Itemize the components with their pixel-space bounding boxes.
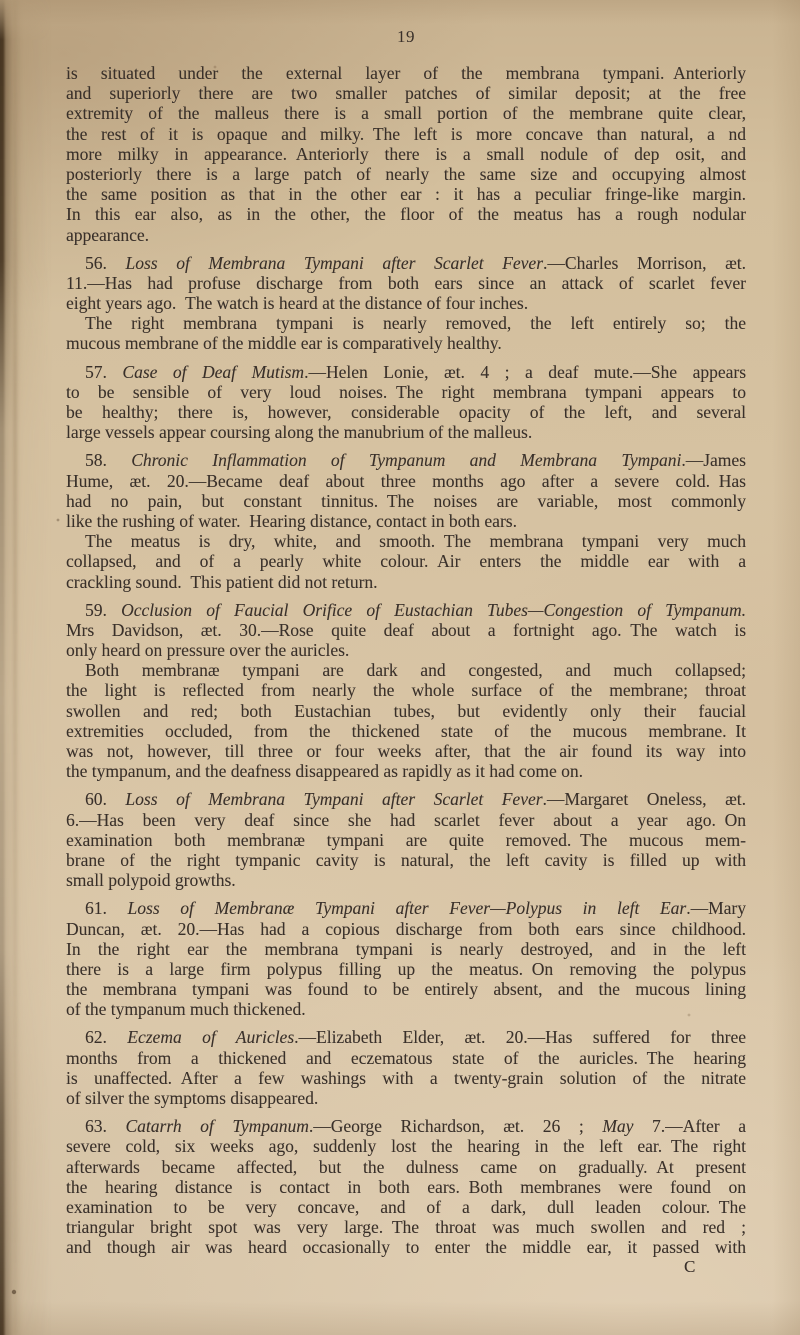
- paragraph-case-56-p1: 56. Loss of Membrana Tympani after Scarl…: [66, 253, 746, 314]
- text-segment: mucous membrane of the middle ear is com…: [66, 333, 502, 353]
- text-line: and superiorly there are two smaller pat…: [66, 83, 746, 103]
- page-edge-shadow: [0, 0, 52, 1335]
- text-line: extremities occluded, from the thickened…: [66, 721, 746, 741]
- text-segment: Both membranæ tympani are dark and conge…: [85, 660, 746, 680]
- text-segment: 11.—Has had profuse discharge from both …: [66, 273, 746, 293]
- text-line: 57. Case of Deaf Mutism.—Helen Lonie, æt…: [66, 362, 746, 382]
- text-line: the membrana tympani was found to be ent…: [66, 979, 746, 999]
- text-segment: the same position as that in the other e…: [66, 184, 746, 204]
- text-line: triangular bright spot was very large. T…: [66, 1217, 746, 1237]
- text-segment: .—Charles Morrison, æt.: [543, 253, 746, 273]
- text-segment: like the rushing of water. Hearing dista…: [66, 511, 517, 531]
- text-segment: 61.: [85, 898, 128, 918]
- text-line: In the right ear the membrana tympani is…: [66, 939, 746, 959]
- text-segment: collapsed, and of a pearly white colour.…: [66, 551, 746, 571]
- text-line: extremity of the malleus there is a smal…: [66, 103, 746, 123]
- text-segment: extremity of the malleus there is a smal…: [66, 103, 746, 123]
- text-segment: the hearing distance is contact in both …: [66, 1177, 746, 1197]
- page-number: 19: [66, 27, 746, 47]
- text-line: posteriorly there is a large patch of ne…: [66, 164, 746, 184]
- italic-text-segment: Case of Deaf Mutism: [122, 362, 304, 382]
- paragraph-case-62: 62. Eczema of Auricles.—Elizabeth Elder,…: [66, 1027, 746, 1108]
- text-line: months from a thickened and eczematous s…: [66, 1048, 746, 1068]
- text-segment: Hume, æt. 20.—Became deaf about three mo…: [66, 471, 746, 491]
- paragraph-case-61: 61. Loss of Membranæ Tympani after Fever…: [66, 898, 746, 1019]
- text-segment: 7.—After a: [633, 1116, 746, 1136]
- paragraph-case-56-p2: The right membrana tympani is nearly rem…: [66, 313, 746, 353]
- text-line: large vessels appear coursing along the …: [66, 422, 746, 442]
- text-segment: and superiorly there are two smaller pat…: [66, 83, 746, 103]
- paragraph-case-57: 57. Case of Deaf Mutism.—Helen Lonie, æt…: [66, 362, 746, 443]
- text-line: the tympanum, and the deafness disappear…: [66, 761, 746, 781]
- text-segment: .—Mary: [686, 898, 746, 918]
- text-segment: 59.: [85, 600, 121, 620]
- text-segment: is situated under the external layer of …: [66, 63, 746, 83]
- text-segment: had no pain, but constant tinnitus. The …: [66, 491, 746, 511]
- text-segment: to be sensible of very loud noises. The …: [66, 382, 746, 402]
- italic-text-segment: Loss of Membrana Tympani after Scarlet F…: [125, 253, 543, 273]
- text-line: like the rushing of water. Hearing dista…: [66, 511, 746, 531]
- text-line: to be sensible of very loud noises. The …: [66, 382, 746, 402]
- text-segment: only heard on pressure over the auricles…: [66, 640, 349, 660]
- text-line: 11.—Has had profuse discharge from both …: [66, 273, 746, 293]
- text-segment: In the right ear the membrana tympani is…: [66, 939, 746, 959]
- text-line: collapsed, and of a pearly white colour.…: [66, 551, 746, 571]
- text-segment: Duncan, æt. 20.—Has had a copious discha…: [66, 919, 746, 939]
- text-segment: .—George Richardson, æt. 26 ;: [309, 1116, 602, 1136]
- text-line: and though air was heard occasionally to…: [66, 1237, 746, 1257]
- text-line: be healthy; there is, however, considera…: [66, 402, 746, 422]
- text-line: swollen and red; both Eustachian tubes, …: [66, 701, 746, 721]
- text-segment: 57.: [85, 362, 122, 382]
- text-line: the same position as that in the other e…: [66, 184, 746, 204]
- text-segment: Mrs Davidson, æt. 30.—Rose quite deaf ab…: [66, 620, 746, 640]
- text-line: had no pain, but constant tinnitus. The …: [66, 491, 746, 511]
- text-segment: small polypoid growths.: [66, 870, 236, 890]
- text-line: is situated under the external layer of …: [66, 63, 746, 83]
- text-segment: posteriorly there is a large patch of ne…: [66, 164, 746, 184]
- text-line: 56. Loss of Membrana Tympani after Scarl…: [66, 253, 746, 273]
- text-line: Both membranæ tympani are dark and conge…: [66, 660, 746, 680]
- text-line: examination both membranæ tympani are qu…: [66, 830, 746, 850]
- text-line: afterwards became affected, but the duln…: [66, 1157, 746, 1177]
- paragraph-case-60: 60. Loss of Membrana Tympani after Scarl…: [66, 789, 746, 890]
- italic-text-segment: Chronic Inflammation of Tympanum and Mem…: [131, 450, 681, 470]
- text-line: of the tympanum much thickened.: [66, 999, 746, 1019]
- text-line: 59. Occlusion of Faucial Orifice of Eust…: [66, 600, 746, 620]
- text-segment: extremities occluded, from the thickened…: [66, 721, 746, 741]
- text-segment: .—Helen Lonie, æt. 4 ; a deaf mute.—She …: [304, 362, 746, 382]
- text-line: more milky in appearance. Anteriorly the…: [66, 144, 746, 164]
- text-line: 61. Loss of Membranæ Tympani after Fever…: [66, 898, 746, 918]
- text-segment: the rest of it is opaque and milky. The …: [66, 124, 746, 144]
- book-page: 19 is situated under the external layer …: [0, 0, 800, 1335]
- italic-text-segment: May: [602, 1116, 633, 1136]
- text-segment: severe cold, six weeks ago, suddenly los…: [66, 1136, 746, 1156]
- text-line: appearance.: [66, 225, 746, 245]
- text-segment: The meatus is dry, white, and smooth. Th…: [85, 531, 746, 551]
- text-line: 58. Chronic Inflammation of Tympanum and…: [66, 450, 746, 470]
- text-segment: afterwards became affected, but the duln…: [66, 1157, 746, 1177]
- text-segment: .—Margaret Oneless, æt.: [543, 789, 746, 809]
- text-segment: examination both membranæ tympani are qu…: [66, 830, 746, 850]
- paragraph-case-58-p1: 58. Chronic Inflammation of Tympanum and…: [66, 450, 746, 531]
- text-block: is situated under the external layer of …: [66, 63, 746, 1258]
- text-line: severe cold, six weeks ago, suddenly los…: [66, 1136, 746, 1156]
- text-line: 6.—Has been very deaf since she had scar…: [66, 810, 746, 830]
- text-line: there is a large firm polypus filling up…: [66, 959, 746, 979]
- text-line: In this ear also, as in the other, the f…: [66, 204, 746, 224]
- paragraph-case-63: 63. Catarrh of Tympanum.—George Richards…: [66, 1116, 746, 1257]
- text-line: crackling sound. This patient did not re…: [66, 572, 746, 592]
- text-segment: crackling sound. This patient did not re…: [66, 572, 378, 592]
- text-segment: 56.: [85, 253, 125, 273]
- text-segment: is unaffected. After a few washings with…: [66, 1068, 746, 1088]
- italic-text-segment: Loss of Membrana Tympani after Scarlet F…: [125, 789, 542, 809]
- italic-text-segment: Loss of Membranæ Tympani after Fever—Pol…: [128, 898, 687, 918]
- text-line: is unaffected. After a few washings with…: [66, 1068, 746, 1088]
- text-segment: swollen and red; both Eustachian tubes, …: [66, 701, 746, 721]
- text-line: Hume, æt. 20.—Became deaf about three mo…: [66, 471, 746, 491]
- italic-text-segment: Occlusion of Faucial Orifice of Eustachi…: [121, 600, 746, 620]
- text-segment: 63.: [85, 1116, 125, 1136]
- text-line: was not, however, till three or four wee…: [66, 741, 746, 761]
- text-segment: 60.: [85, 789, 125, 809]
- paragraph-case-59-p2: Both membranæ tympani are dark and conge…: [66, 660, 746, 781]
- text-line: of silver the symptoms disappeared.: [66, 1088, 746, 1108]
- text-line: eight years ago. The watch is heard at t…: [66, 293, 746, 313]
- text-segment: brane of the right tympanic cavity is na…: [66, 850, 746, 870]
- text-line: the rest of it is opaque and milky. The …: [66, 124, 746, 144]
- text-line: The meatus is dry, white, and smooth. Th…: [66, 531, 746, 551]
- signature-mark: C: [684, 1257, 695, 1277]
- text-line: small polypoid growths.: [66, 870, 746, 890]
- paragraph-continuation: is situated under the external layer of …: [66, 63, 746, 245]
- text-segment: eight years ago. The watch is heard at t…: [66, 293, 528, 313]
- italic-text-segment: Catarrh of Tympanum: [125, 1116, 308, 1136]
- text-segment: of the tympanum much thickened.: [66, 999, 306, 1019]
- text-segment: large vessels appear coursing along the …: [66, 422, 532, 442]
- text-line: Mrs Davidson, æt. 30.—Rose quite deaf ab…: [66, 620, 746, 640]
- text-line: Duncan, æt. 20.—Has had a copious discha…: [66, 919, 746, 939]
- text-segment: was not, however, till three or four wee…: [66, 741, 746, 761]
- text-segment: be healthy; there is, however, considera…: [66, 402, 746, 422]
- text-segment: of silver the symptoms disappeared.: [66, 1088, 318, 1108]
- text-segment: there is a large firm polypus filling up…: [66, 959, 746, 979]
- text-segment: 62.: [85, 1027, 127, 1047]
- text-segment: .—James: [681, 450, 746, 470]
- text-segment: triangular bright spot was very large. T…: [66, 1217, 746, 1237]
- paper-specks: [0, 0, 2, 2]
- text-segment: the light is reflected from nearly the w…: [66, 680, 746, 700]
- text-line: 63. Catarrh of Tympanum.—George Richards…: [66, 1116, 746, 1136]
- text-segment: 58.: [85, 450, 131, 470]
- text-line: 62. Eczema of Auricles.—Elizabeth Elder,…: [66, 1027, 746, 1047]
- paragraph-case-58-p2: The meatus is dry, white, and smooth. Th…: [66, 531, 746, 592]
- italic-text-segment: Eczema of Auricles: [127, 1027, 294, 1047]
- page-crease: [13, 0, 17, 1335]
- text-segment: the tympanum, and the deafness disappear…: [66, 761, 583, 781]
- text-segment: In this ear also, as in the other, the f…: [66, 204, 746, 224]
- text-line: the hearing distance is contact in both …: [66, 1177, 746, 1197]
- text-line: 60. Loss of Membrana Tympani after Scarl…: [66, 789, 746, 809]
- text-segment: examination to be very concave, and of a…: [66, 1197, 746, 1217]
- text-line: only heard on pressure over the auricles…: [66, 640, 746, 660]
- text-line: brane of the right tympanic cavity is na…: [66, 850, 746, 870]
- text-segment: appearance.: [66, 225, 149, 245]
- text-segment: months from a thickened and eczematous s…: [66, 1048, 746, 1068]
- paragraph-case-59-p1: 59. Occlusion of Faucial Orifice of Eust…: [66, 600, 746, 661]
- text-line: the light is reflected from nearly the w…: [66, 680, 746, 700]
- text-line: examination to be very concave, and of a…: [66, 1197, 746, 1217]
- text-segment: 6.—Has been very deaf since she had scar…: [66, 810, 746, 830]
- text-segment: more milky in appearance. Anteriorly the…: [66, 144, 746, 164]
- text-segment: .—Elizabeth Elder, æt. 20.—Has suffered …: [294, 1027, 746, 1047]
- text-segment: the membrana tympani was found to be ent…: [66, 979, 746, 999]
- text-segment: and though air was heard occasionally to…: [66, 1237, 746, 1257]
- text-line: mucous membrane of the middle ear is com…: [66, 333, 746, 353]
- text-line: The right membrana tympani is nearly rem…: [66, 313, 746, 333]
- text-segment: The right membrana tympani is nearly rem…: [85, 313, 746, 333]
